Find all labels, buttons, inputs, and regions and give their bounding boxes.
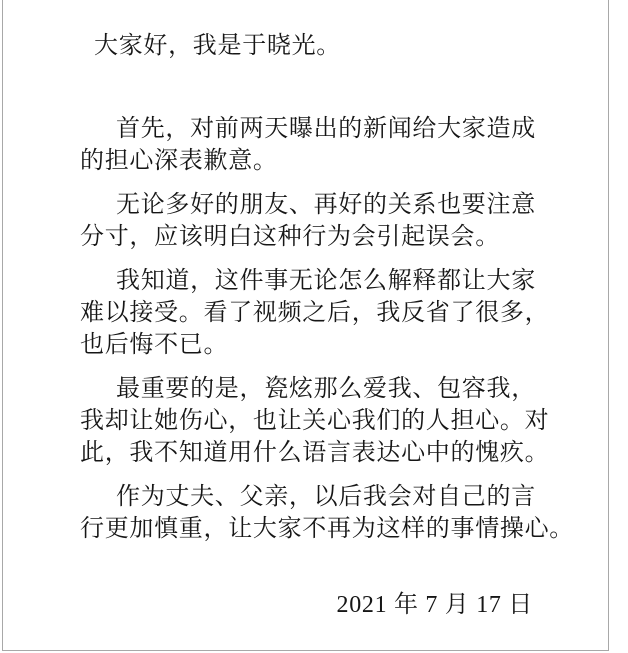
- paragraph-apology: 首先，对前两天曝出的新闻给大家造成 的担心深表歉意。: [80, 113, 533, 177]
- body-line: 的担心深表歉意。: [80, 145, 533, 177]
- letter-body: 大家好，我是于晓光。 首先，对前两天曝出的新闻给大家造成 的担心深表歉意。 无论…: [80, 30, 533, 621]
- greeting-line: 大家好，我是于晓光。: [80, 30, 533, 62]
- paragraph-guilt: 最重要的是，瓷炫那么爱我、包容我， 我却让她伤心，也让关心我们的人担心。对 此，…: [80, 373, 533, 469]
- body-line: 无论多好的朋友、再好的关系也要注意: [80, 189, 533, 221]
- date-line: 2021 年 7 月 17 日: [80, 589, 533, 621]
- body-line: 也后悔不已。: [80, 329, 533, 361]
- body-line: 分寸，应该明白这种行为会引起误会。: [80, 221, 533, 253]
- body-line: 行更加慎重，让大家不再为这样的事情操心。: [80, 513, 533, 545]
- body-line: 最重要的是，瓷炫那么爱我、包容我，: [80, 373, 533, 405]
- body-line: 我知道，这件事无论怎么解释都让大家: [80, 265, 533, 297]
- paragraph-reflection: 我知道，这件事无论怎么解释都让大家 难以接受。看了视频之后，我反省了很多， 也后…: [80, 265, 533, 361]
- body-line: 作为丈夫、父亲，以后我会对自己的言: [80, 481, 533, 513]
- letter-page: 大家好，我是于晓光。 首先，对前两天曝出的新闻给大家造成 的担心深表歉意。 无论…: [0, 0, 628, 653]
- paragraph-promise: 作为丈夫、父亲，以后我会对自己的言 行更加慎重，让大家不再为这样的事情操心。: [80, 481, 533, 545]
- body-line: 首先，对前两天曝出的新闻给大家造成: [80, 113, 533, 145]
- body-line: 难以接受。看了视频之后，我反省了很多，: [80, 297, 533, 329]
- paragraph-boundaries: 无论多好的朋友、再好的关系也要注意 分寸，应该明白这种行为会引起误会。: [80, 189, 533, 253]
- body-line: 我却让她伤心，也让关心我们的人担心。对: [80, 405, 533, 437]
- body-line: 此，我不知道用什么语言表达心中的愧疚。: [80, 437, 533, 469]
